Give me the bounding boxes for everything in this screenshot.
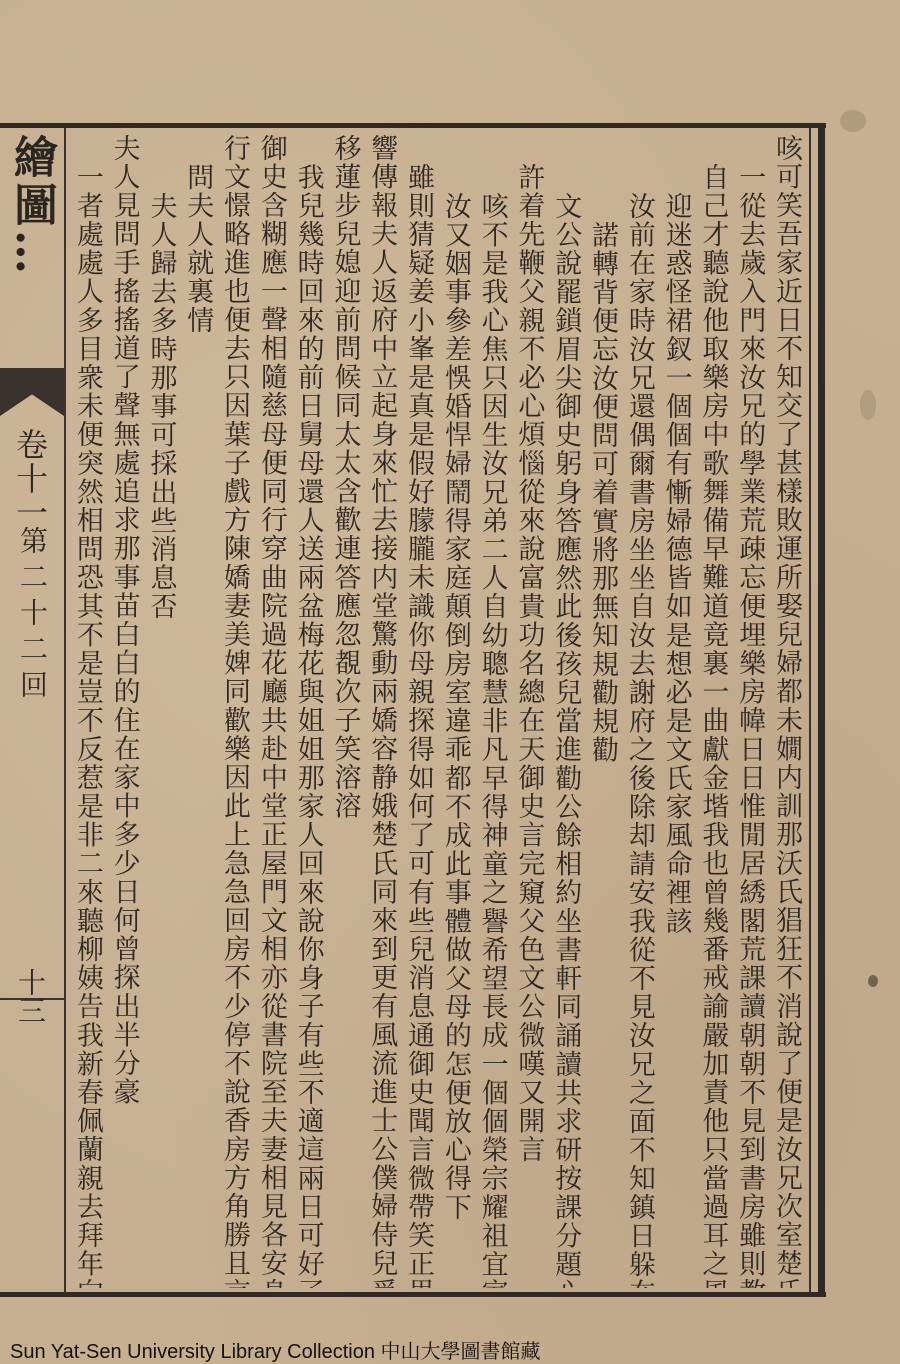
text-column: 自己才聽說他取樂房中歌舞備早難道竟裏一曲獻金堦我也曾幾番戒諭嚴加責他只當過耳之風… <box>694 134 731 1288</box>
text-column: 一者處處人多目衆未便突然相問恐其不是豈不反惹是非二來聽柳姨告我新春佩蘭親去拜年向… <box>68 134 105 1288</box>
text-column: 雖則猜疑姜小峯是真是假好朦朧未識你母親探得如何了可有些兒消息通御史聞言微帶笑正思… <box>399 134 436 1288</box>
paper-stain <box>860 390 876 420</box>
text-column: 夫人歸去多時那事可採出些消息否 <box>142 134 179 1288</box>
text-column: 迎迷惑怪裙釵一個個有慚婦德皆如是想必是文氏家風命裡該 <box>657 134 694 1288</box>
text-column: 問夫人就裏情 <box>178 134 215 1288</box>
text-body: 咳可笑吾家近日不知交了甚樣敗運所娶兒婦都未嫺内訓那沃氏猖狂不消說了便是汝兄次室楚… <box>68 134 804 1288</box>
fold-margin: 繪圖… 卷十一 第二十二回 十三 <box>0 128 64 1292</box>
book-title: 繪圖… <box>4 134 58 278</box>
text-column: 移蓮步兒媳迎前問候同太太含歡連答應忽覩次子笑溶溶 <box>326 134 363 1288</box>
frame-right-rule <box>818 123 825 1297</box>
fold-margin-rule <box>64 128 66 1292</box>
text-column: 我兒幾時回來的前日舅母還人送兩盆梅花與姐姐那家人回來說你身子有些不適這兩日可好了… <box>289 134 326 1288</box>
frame-bottom-rule <box>0 1292 826 1297</box>
text-column: 行文憬略進也便去只因葉子戲方陳嬌妻美婢同歡樂因此上急急回房不少停不說香房方角勝且… <box>215 134 252 1288</box>
text-column: 一從去歲入門來汝兄的學業荒疎忘便埋樂房幃日日惟閒居綉閣荒課讀朝朝不見到書房雖則教… <box>730 134 767 1288</box>
scanned-page: 繪圖… 卷十一 第二十二回 十三 咳可笑吾家近日不知交了甚樣敗運所娶兒婦都未嫺内… <box>0 0 900 1364</box>
frame-top-rule <box>0 123 826 128</box>
frame-right-inner-rule <box>809 128 811 1292</box>
text-column: 咳不是我心焦只因生汝兄弟二人自幼聰慧非凡早得神童之譽希望長成一個個榮宗耀祖宜室添… <box>473 134 510 1288</box>
text-column: 夫人見問手搖搖道了聲無處追求那事苗白白的住在家中多少日何曾探出半分豪 <box>105 134 142 1288</box>
paper-stain <box>840 110 866 132</box>
paper-stain <box>868 975 878 987</box>
text-column: 汝又姻事參差悞婚悍婦鬧得家庭顛倒房室違乖都不成此事體做父母的怎便放心得下 <box>436 134 473 1288</box>
text-column: 咳可笑吾家近日不知交了甚樣敗運所娶兒婦都未嫺内訓那沃氏猖狂不消說了便是汝兄次室楚… <box>767 134 804 1288</box>
text-column: 文公說罷鎖眉尖御史躬身答應然此後孩兒當進勸公餘相約坐書軒同誦讀共求研按課分題心自… <box>546 134 583 1288</box>
text-column: 汝前在家時汝兄還偶爾書房坐坐自汝去謝府之後除却請安我從不見汝兄之面不知鎮日躲在房… <box>620 134 657 1288</box>
library-watermark: Sun Yat-Sen University Library Collectio… <box>10 1335 541 1364</box>
fishtail-mark <box>0 368 64 416</box>
text-column: 響傳報夫人返府中立起身來忙去接内堂驚動兩嬌容静娥楚氏同來到更有風流進士公僕婦侍兒… <box>362 134 399 1288</box>
text-column: 許着先鞭父親不必心煩惱從來說富貴功名總在天御史言完窺父色文公微嘆又開言 <box>510 134 547 1288</box>
text-column: 御史含糊應一聲相隨慈母便同行穿曲院過花廳共赴中堂正屋門文相亦從書院至夫妻相見各安… <box>252 134 289 1288</box>
page-number: 十三 <box>12 968 48 1024</box>
chapter-label: 第二十二回 <box>14 526 50 706</box>
volume-label: 卷十一 <box>10 428 50 530</box>
text-column: 諾轉背便忘汝便問可着實將那無知規勸規勸 <box>583 134 620 1288</box>
